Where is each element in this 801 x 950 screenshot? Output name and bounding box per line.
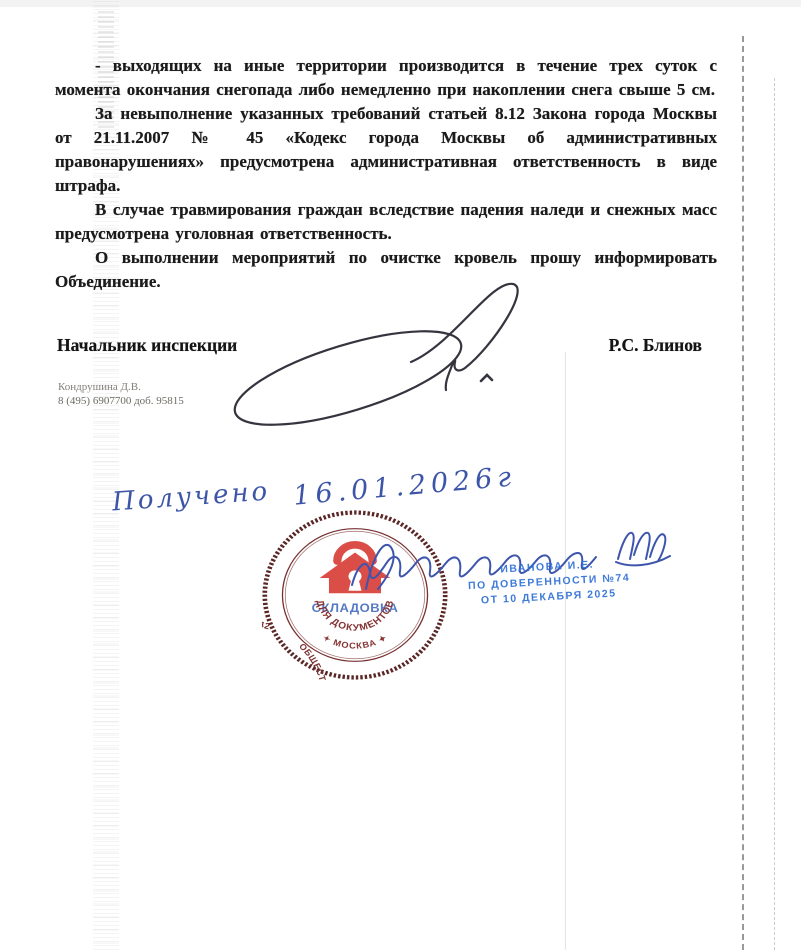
paragraph-administrative-liability: За невыполнение указанных требований ста… [55,102,717,198]
scan-artifact-dashed-line [742,36,744,950]
signer-name: Р.С. Блинов [609,335,702,356]
letter-body: - выходящих на иные территории производи… [55,54,717,294]
paragraph-criminal-liability: В случае травмирования граждан вследстви… [55,198,717,246]
scanned-document-page: - выходящих на иные территории производи… [0,0,801,950]
received-word: Получено [111,477,271,518]
caret-mark [481,375,492,381]
signature-initial-loop [366,545,394,589]
signature-flourish-3 [650,534,665,561]
executor-info: Кондрушина Д.В. 8 (495) 6907700 доб. 958… [58,380,184,408]
stamp-city-text: ✦ МОСКВА ✦ [321,633,389,651]
scan-artifact-top-band [0,0,801,7]
paragraph-snow-removal-terms: - выходящих на иные территории производи… [55,54,717,102]
signature-flourish-2 [634,533,650,559]
scan-artifact-dotted-line [774,78,775,950]
executor-phone: 8 (495) 6907700 доб. 95815 [58,394,184,408]
executor-name: Кондрушина Д.В. [58,380,184,394]
svg-text:✦ МОСКВА ✦: ✦ МОСКВА ✦ [321,633,389,651]
signature-ascender-stroke [411,284,518,390]
signature-loop-stroke [226,312,471,440]
scan-artifact-faint-line [565,352,566,950]
attorney-stamp: ИВАНОВА И.Е. ПО ДОВЕРЕННОСТИ №74 ОТ 10 Д… [467,556,629,609]
director-signature [215,270,535,440]
position-title: Начальник инспекции [57,335,237,356]
received-date: 16.01.2026г [292,461,517,511]
